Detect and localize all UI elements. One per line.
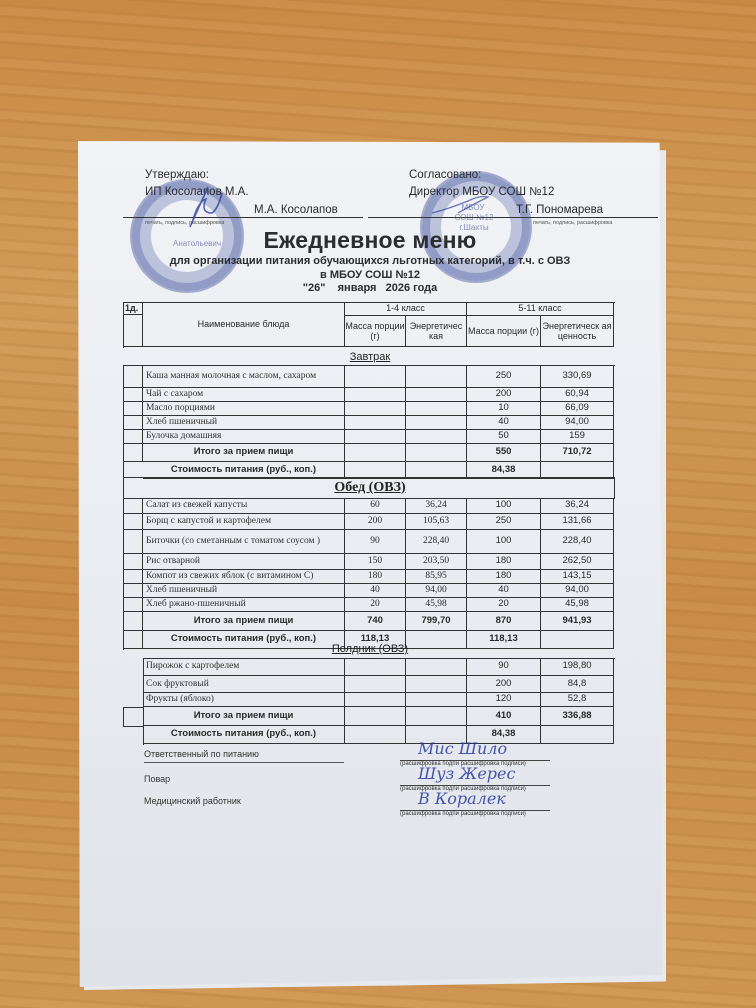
section-title-frame — [123, 477, 615, 499]
energy-5-11: 228,40 — [541, 530, 614, 554]
mass-1-4: 90 — [345, 530, 406, 554]
energy-1-4 — [406, 365, 467, 388]
energy-5-11: 45,98 — [541, 598, 614, 612]
row-id-cell — [123, 388, 143, 402]
total-energy-1-4: 799,70 — [406, 612, 467, 631]
section-title: Завтрак — [78, 351, 662, 363]
mass-1-4 — [345, 676, 406, 693]
dish-name: Салат из свежей капусты — [143, 498, 345, 514]
approve-signature-line — [123, 217, 363, 218]
row-id-cell — [123, 530, 143, 554]
energy-5-11: 143,15 — [541, 570, 614, 584]
row-id-cell — [123, 707, 144, 727]
total-energy-1-4 — [406, 444, 467, 462]
mass-1-4 — [345, 658, 406, 676]
col-id-header-blank — [123, 314, 143, 347]
mass-5-11: 20 — [467, 598, 541, 612]
responsible-signature: Мис Шило — [418, 739, 507, 758]
mass-1-4: 60 — [345, 498, 406, 514]
agree-signature-line — [368, 217, 658, 218]
approve-name: М.А. Косолапов — [254, 204, 338, 216]
dish-name: Биточки (со сметанным с томатом соусом ) — [143, 530, 345, 554]
section-title: Полдник (ОВЗ) — [78, 643, 662, 655]
energy-5-11: 94,00 — [541, 584, 614, 598]
mass-1-4 — [345, 365, 406, 388]
row-id-cell — [123, 444, 143, 462]
energy-1-4 — [406, 388, 467, 402]
energy-5-11: 198,80 — [541, 658, 614, 676]
mass-1-4: 40 — [345, 584, 406, 598]
col-id-header: 1д. — [123, 302, 143, 314]
energy-5-11: 52,8 — [541, 693, 614, 707]
energy-5-11: 94,00 — [541, 416, 614, 430]
cook-signature: Шуз Жерес — [418, 764, 515, 783]
dish-name: Фрукты (яблоко) — [143, 693, 345, 707]
energy-5-11: 330,69 — [541, 365, 614, 388]
group-5-11-header: 5-11 класс — [467, 302, 614, 316]
dish-name: Каша манная молочная с маслом, сахаром — [143, 365, 345, 388]
total-mass-1-4 — [345, 444, 406, 462]
medic-signature: В Коралек — [418, 789, 506, 808]
row-id-cell — [123, 402, 143, 416]
row-id-cell — [123, 416, 143, 430]
dish-name: Компот из свежих яблок (с витамином С) — [143, 570, 345, 584]
row-id-cell — [123, 554, 143, 570]
mass-5-11: 200 — [467, 388, 541, 402]
energy-1-4 — [406, 430, 467, 444]
energy-1-4-header: Энергетичес кая — [406, 316, 467, 347]
document-subtitle: для организации питания обучающихся льго… — [78, 255, 662, 267]
dish-name: Сок фруктовый — [143, 676, 345, 693]
energy-1-4: 94,00 — [406, 584, 467, 598]
mass-1-4 — [345, 693, 406, 707]
total-energy-5-11: 941,93 — [541, 612, 614, 631]
dish-name: Борщ с капустой и картофелем — [143, 514, 345, 530]
dish-name: Хлеб пшеничный — [143, 584, 345, 598]
mass-1-4: 20 — [345, 598, 406, 612]
energy-5-11-header: Энергетическ ая ценность — [541, 316, 614, 347]
dish-name: Чай с сахаром — [143, 388, 345, 402]
mass-5-11: 10 — [467, 402, 541, 416]
agree-label: Согласовано: — [409, 169, 481, 181]
dish-name: Пирожок с картофелем — [143, 658, 345, 676]
energy-1-4 — [406, 416, 467, 430]
total-label: Итого за прием пищи — [143, 444, 345, 462]
energy-1-4: 203,50 — [406, 554, 467, 570]
energy-1-4: 45,98 — [406, 598, 467, 612]
energy-1-4 — [406, 693, 467, 707]
total-mass-1-4 — [345, 707, 406, 726]
row-id-cell — [123, 498, 143, 514]
cost-1-4 — [345, 726, 406, 744]
mass-5-11: 40 — [467, 584, 541, 598]
total-energy-5-11: 336,88 — [541, 707, 614, 726]
mass-5-11: 180 — [467, 570, 541, 584]
mass-5-11: 50 — [467, 430, 541, 444]
row-id-cell — [123, 365, 143, 388]
medic-signature-caption: (расшифровка подпи расшифровка подписи) — [400, 810, 550, 817]
dish-name: Булочка домашняя — [143, 430, 345, 444]
mass-1-4 — [345, 388, 406, 402]
group-1-4-header: 1-4 класс — [345, 302, 467, 316]
mass-1-4 — [345, 416, 406, 430]
mass-5-11: 100 — [467, 498, 541, 514]
mass-5-11: 250 — [467, 514, 541, 530]
mass-1-4: 200 — [345, 514, 406, 530]
mass-5-11: 100 — [467, 530, 541, 554]
row-id-cell — [123, 570, 143, 584]
dish-name: Хлеб ржано-пшеничный — [143, 598, 345, 612]
menu-document: Анатольевич МБОУ СОШ №12 г.Шахты Утвержд… — [78, 141, 662, 987]
energy-5-11: 84,8 — [541, 676, 614, 693]
row-id-cell — [123, 612, 143, 631]
mass-1-4 — [345, 430, 406, 444]
approve-label: Утверждаю: — [145, 169, 209, 181]
mass-5-11: 200 — [467, 676, 541, 693]
dish-name: Хлеб пшеничный — [143, 416, 345, 430]
responsible-label: Ответственный по питанию — [144, 749, 259, 759]
cook-label: Повар — [144, 774, 170, 784]
mass-5-11-header: Масса порции (г) — [467, 316, 541, 347]
medic-label: Медицинский работник — [144, 796, 241, 806]
energy-5-11: 131,66 — [541, 514, 614, 530]
energy-5-11: 159 — [541, 430, 614, 444]
row-id-cell — [123, 584, 143, 598]
responsible-line — [144, 762, 344, 763]
mass-5-11: 90 — [467, 658, 541, 676]
row-id-cell — [123, 514, 143, 530]
energy-1-4: 228,40 — [406, 530, 467, 554]
energy-1-4: 36,24 — [406, 498, 467, 514]
energy-1-4 — [406, 676, 467, 693]
mass-5-11: 250 — [467, 365, 541, 388]
energy-5-11: 66,09 — [541, 402, 614, 416]
menu-date: "26" января 2026 года — [78, 282, 662, 294]
cost-blank — [541, 726, 614, 744]
agree-signature — [428, 191, 498, 221]
energy-1-4: 105,63 — [406, 514, 467, 530]
mass-1-4: 180 — [345, 570, 406, 584]
cost-label: Стоимость питания (руб., коп.) — [143, 726, 345, 744]
dish-name: Рис отварной — [143, 554, 345, 570]
agree-caption: печать, подпись, расшифровка — [533, 220, 612, 226]
approve-signature — [178, 183, 228, 233]
mass-1-4 — [345, 402, 406, 416]
agree-name: Т.Г. Пономарева — [516, 204, 603, 216]
total-mass-5-11: 870 — [467, 612, 541, 631]
energy-1-4: 85,95 — [406, 570, 467, 584]
total-label: Итого за прием пищи — [143, 612, 345, 631]
mass-1-4-header: Масса порции (г) — [345, 316, 406, 347]
total-energy-5-11: 710,72 — [541, 444, 614, 462]
total-label: Итого за прием пищи — [143, 707, 345, 726]
total-energy-1-4 — [406, 707, 467, 726]
energy-1-4 — [406, 658, 467, 676]
row-id-cell — [123, 430, 143, 444]
total-mass-5-11: 410 — [467, 707, 541, 726]
total-mass-5-11: 550 — [467, 444, 541, 462]
row-id-cell — [123, 598, 143, 612]
energy-5-11: 36,24 — [541, 498, 614, 514]
document-title: Ежедневное меню — [78, 227, 662, 254]
mass-5-11: 120 — [467, 693, 541, 707]
school-name: в МБОУ СОШ №12 — [78, 269, 662, 281]
energy-5-11: 262,50 — [541, 554, 614, 570]
mass-1-4: 150 — [345, 554, 406, 570]
energy-5-11: 60,94 — [541, 388, 614, 402]
total-mass-1-4: 740 — [345, 612, 406, 631]
mass-5-11: 180 — [467, 554, 541, 570]
energy-1-4 — [406, 402, 467, 416]
dish-name: Масло порциями — [143, 402, 345, 416]
mass-5-11: 40 — [467, 416, 541, 430]
col-name-header: Наименование блюда — [143, 302, 345, 347]
